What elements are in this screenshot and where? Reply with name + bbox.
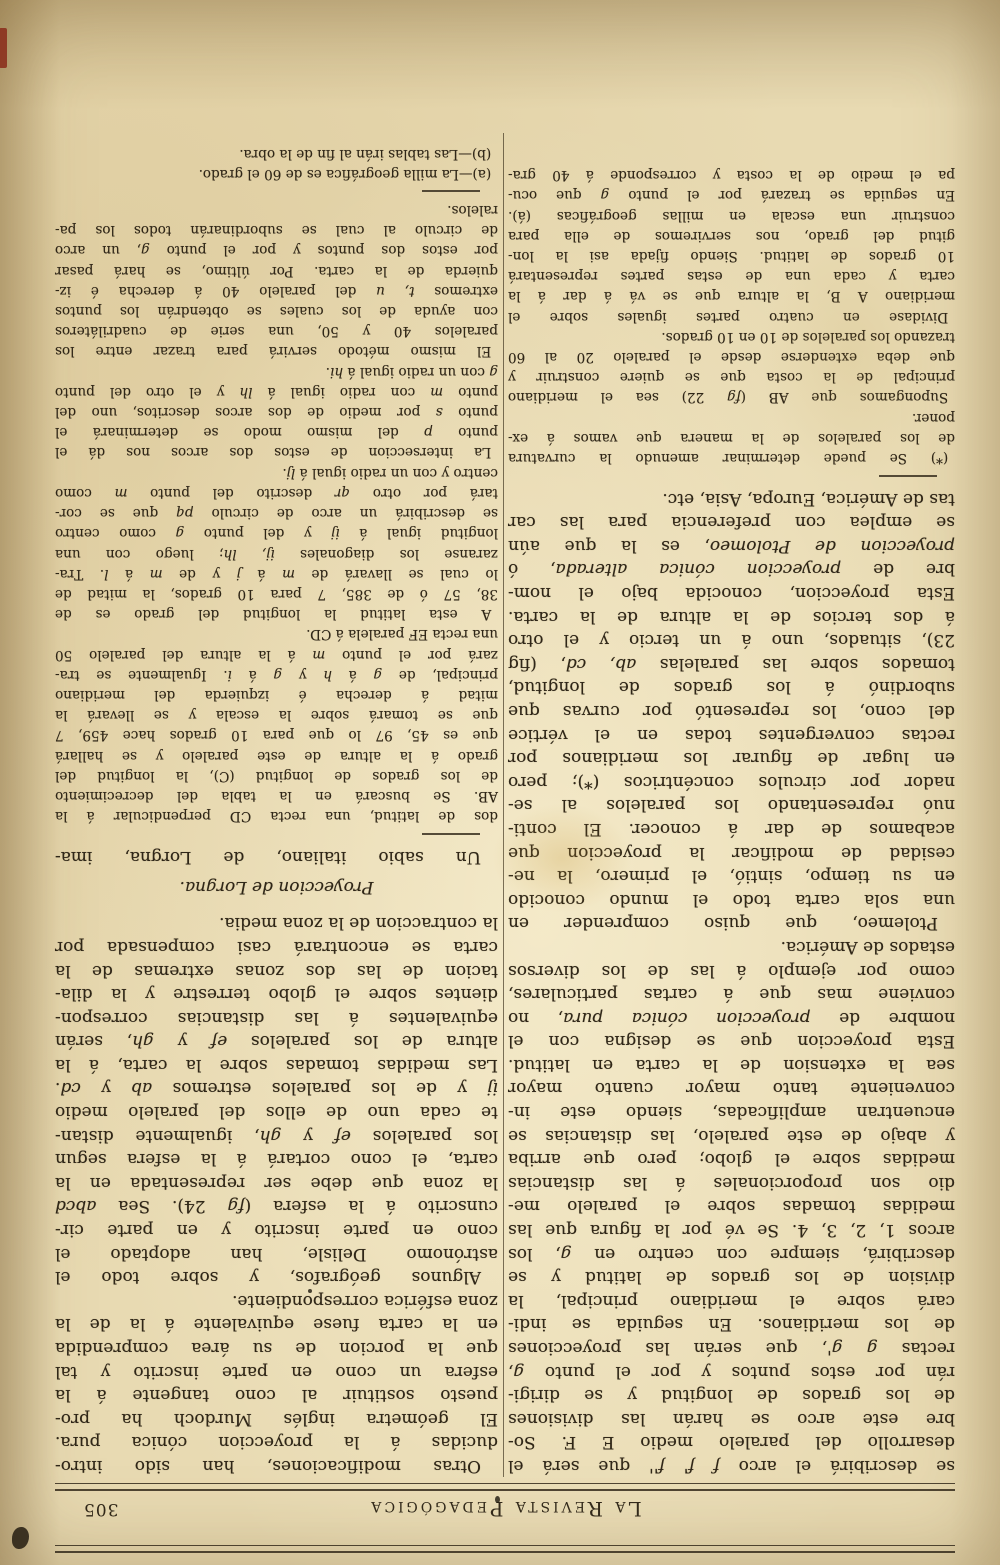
- section-first-line: Un sabio italiano, de Lorgna, ima-: [55, 844, 498, 868]
- text-line: La interseccion de estos dos arcos nos d…: [55, 442, 498, 462]
- text-line: bre de proyeccion cónica alterada, ó: [508, 557, 955, 581]
- text-line: que se tomará sobre la escala y se lleva…: [55, 705, 498, 725]
- text-line: te cada uno de ellos del paralelo medio: [55, 1100, 498, 1124]
- text-line: una recta EF paralela á CD.: [55, 624, 498, 644]
- text-line: Esta proyeccion que se designa con el: [508, 1029, 955, 1053]
- text-line: 38, 57 ó de 385, 7 para 10 grados, la mi…: [55, 584, 498, 604]
- text-line: 23), situados, uno á un tercio y el otro: [508, 628, 955, 652]
- text-line: carta se encontrará casi compensada por: [55, 934, 498, 958]
- text-line: (b)—Las tablas irán al fin de la obra.: [55, 143, 498, 163]
- scanned-page-screenshot: La Revista Pedagógica 305 se describirá …: [0, 0, 1000, 1565]
- text-line: esfera un cono en parte inscrito y tal: [55, 1359, 498, 1383]
- text-line: (a)—La milla geográfica es de 60 el grad…: [55, 164, 498, 184]
- text-line: ralelos.: [55, 200, 498, 220]
- text-line: Esta proyeccion, conocida bajo el nom-: [508, 580, 955, 604]
- text-line: en lugar de figurar los meridianos por: [508, 746, 955, 770]
- text-line: que es 45, 97 lo que para 10 grados hace…: [55, 725, 498, 745]
- right-column: Otras modificaciones, han sido intro-duc…: [55, 143, 498, 1477]
- text-line: Un sabio italiano, de Lorgna, ima-: [55, 844, 498, 868]
- text-line: desarrollo del paralelo medio E F. So-: [508, 1430, 955, 1454]
- text-line: medidas tomadas sobre el paralelo me-: [508, 1194, 955, 1218]
- journal-title: La Revista Pedagógica: [55, 1497, 955, 1521]
- notes-rule: [422, 190, 480, 192]
- text-line: altura de los paralelos ef y gh, serán: [55, 1029, 498, 1053]
- text-line: los paralelos ef y gh, igualmente distan…: [55, 1123, 498, 1147]
- text-line: En seguida se trazará por el punto g que…: [508, 185, 955, 205]
- text-line: rán por estos puntos y por el punto g,: [508, 1359, 955, 1383]
- text-line: del cono, los representó por curvas que: [508, 698, 955, 722]
- header-top-rule: [55, 1545, 955, 1553]
- text-line: dos de latitud, una recta CD perpendicul…: [55, 806, 498, 826]
- text-line: conviene mas que á cartas particulares,: [508, 982, 955, 1006]
- text-line: Las medidas tomadas sobre la carta, á la: [55, 1052, 498, 1076]
- right-column-footnote: dos de latitud, una recta CD perpendicul…: [55, 200, 498, 826]
- text-line: Algunos geógrafos, y sobre todo el: [55, 1265, 498, 1289]
- text-line: dio son proporcionales á las distancias: [508, 1170, 955, 1194]
- text-line: estados de América.: [508, 934, 955, 958]
- text-columns: se describirá el arco f f' f'' que será …: [55, 0, 955, 1477]
- text-line: carta, el cono cortará á la esfera segun: [55, 1147, 498, 1171]
- text-line: El geómetra inglés Murdoch ha pro-: [55, 1406, 498, 1430]
- text-line: mitad á derecha é izquierda del meridian…: [55, 685, 498, 705]
- column-divider-rule: [503, 133, 504, 1477]
- text-line: paralelos 40 y 50, una serie de cuadrilá…: [55, 321, 498, 341]
- text-line: como por ejemplo á las de los diversos: [508, 958, 955, 982]
- text-line: se describirá un arco de circulo pq que …: [55, 503, 498, 523]
- text-line: cono en parte inscrito y en parte cir-: [55, 1217, 498, 1241]
- text-line: con ayuda de los cuales se obtendrán los…: [55, 301, 498, 321]
- text-line: zona esférica correspondiente.: [55, 1288, 498, 1312]
- text-line: tomados sobre las paralelas ab, cd, (fig: [508, 651, 955, 675]
- text-line: cará sobre el meridiano principal, la: [508, 1288, 955, 1312]
- text-line: rectas g g', que serán las proyecciones: [508, 1335, 955, 1359]
- text-line: se emplea con preferencia para las car: [508, 510, 955, 534]
- page-header: La Revista Pedagógica 305: [55, 1489, 955, 1545]
- page-number: 305: [83, 1499, 118, 1519]
- text-line: quierda de la carta. Por último, se hará…: [55, 260, 498, 280]
- text-line: punto p del mismo modo se determinará el: [55, 422, 498, 442]
- text-line: punto m con radio igual á lh y el otro d…: [55, 382, 498, 402]
- text-line: arcos 1, 2, 3, 4. Se vé por la figura qu…: [508, 1217, 955, 1241]
- text-line: zará por el punto m á la altura del para…: [55, 644, 498, 664]
- text-line: AB. Se buscará en la tabla del decrecimi…: [55, 786, 498, 806]
- text-line: nombre de proyeccion cónica pura, no: [508, 1005, 955, 1029]
- text-line: punto s por medio de dos arcos descritos…: [55, 402, 498, 422]
- text-line: g con un radio igual á hi.: [55, 361, 498, 381]
- text-line: tará por otro qr descrito del punto m co…: [55, 483, 498, 503]
- text-line: astrónomo Delisle, han adoptado el: [55, 1241, 498, 1265]
- text-line: A esta latitud la longitud del grado es …: [55, 604, 498, 624]
- text-line: longitud igual á ij y del punto g como c…: [55, 523, 498, 543]
- text-line: Otras modificaciones, han sido intro-: [55, 1453, 498, 1477]
- text-line: rectas convergentes todas en el vértice: [508, 722, 955, 746]
- text-line: puesto sostituir al cono tangente á la: [55, 1383, 498, 1407]
- text-line: subordinó á los grados de longitud,: [508, 675, 955, 699]
- left-column-body-text: se describirá el arco f f' f'' que será …: [508, 486, 955, 1477]
- text-line: que la porcion de su área comprendida: [55, 1335, 498, 1359]
- text-line: dientes sobre el globo terrestre y la di…: [55, 982, 498, 1006]
- text-line: bre este arco se harán las divisiones: [508, 1406, 955, 1430]
- ink-blot: [12, 1527, 29, 1549]
- text-line: principal, de g á h y g á i. Igualmente …: [55, 665, 498, 685]
- text-line: proyeccion de Ptolomeo, es la que aún: [508, 533, 955, 557]
- text-line: division de los grados de latitud y se: [508, 1265, 955, 1289]
- journal-page-rotated-180: La Revista Pedagógica 305 se describirá …: [0, 0, 1000, 1565]
- text-line: nador por circulos concéntricos (*); per…: [508, 769, 955, 793]
- text-line: por estos dos puntos y por el punto g, u…: [55, 240, 498, 260]
- text-line: encuentran amplificadas, siendo este in-: [508, 1100, 955, 1124]
- text-line: tacion de las dos zonas extremas de la: [55, 958, 498, 982]
- text-line: extremos t, u del paralelo 40 á derecha …: [55, 281, 498, 301]
- ink-speck: [308, 1289, 312, 1293]
- text-line: pa el medio de la costa y corresponde á …: [508, 165, 955, 185]
- paper-stain: [492, 803, 632, 913]
- text-line: centro y con un radio igual á lj.: [55, 463, 498, 483]
- text-line: á dos tercios de la altura de la carta.: [508, 604, 955, 628]
- header-bottom-rule: [55, 1483, 955, 1491]
- left-footnote-rule: [879, 475, 937, 477]
- right-column-body-text: Otras modificaciones, han sido intro-duc…: [55, 911, 498, 1477]
- section-heading: Proyeccion de Lorgna.: [55, 877, 498, 897]
- text-line: medidas sobre el globo; pero que arriba: [508, 1147, 955, 1171]
- text-line: equivalentes á las distancias correspon-: [55, 1005, 498, 1029]
- text-line: tas de América, Europa, Asia, etc.: [508, 486, 955, 510]
- text-line: sea la extension de la carta en latitud.: [508, 1052, 955, 1076]
- text-line: construir una escala en millas geográfic…: [508, 205, 955, 225]
- text-line: El mismo método servirá para trazar entr…: [55, 341, 498, 361]
- text-line: en la carta fuese equivalente á la de la: [55, 1312, 498, 1336]
- text-line: la zona que debe ser representada en la: [55, 1170, 498, 1194]
- text-line: la contraccion de la zona media.: [55, 911, 498, 935]
- lettered-notes: (a)—La milla geográfica es de 60 el grad…: [55, 143, 498, 183]
- text-line: de los grados de longitud y se dirigi-: [508, 1383, 955, 1407]
- text-line: ducidas á la proyeccion cónica pura.: [55, 1430, 498, 1454]
- text-line: se describirá el arco f f' f'' que será …: [508, 1453, 955, 1477]
- ink-speck: [495, 1496, 500, 1503]
- text-line: lo cual se llavará de m á j y de m á l. …: [55, 564, 498, 584]
- text-line: de circulo al cual se subordinarán todos…: [55, 220, 498, 240]
- right-footnote-rule: [422, 833, 480, 835]
- red-edge-mark: [0, 28, 7, 68]
- text-line: conveniente tanto mayor cuanto mayor: [508, 1076, 955, 1100]
- text-line: cunscrito á la esfera (fg 24). Sea abcd: [55, 1194, 498, 1218]
- text-line: y abajo de este paralelo, las distancias…: [508, 1123, 955, 1147]
- text-line: grado á la altura de este paralelo y se …: [55, 745, 498, 765]
- text-line: Ptolemeo, que quiso comprender en: [508, 911, 955, 935]
- text-line: zaranse los diagonales ij, lh; luego con…: [55, 543, 498, 563]
- paper-stain-faint: [760, 225, 940, 485]
- text-line: describirá, siempre con centro en g, los: [508, 1241, 955, 1265]
- text-line: ij y de los paralelos estremos ab y cd.: [55, 1076, 498, 1100]
- text-line: de los meridianos. En seguida se indi-: [508, 1312, 955, 1336]
- text-line: de los grados de longitud (C), la longit…: [55, 766, 498, 786]
